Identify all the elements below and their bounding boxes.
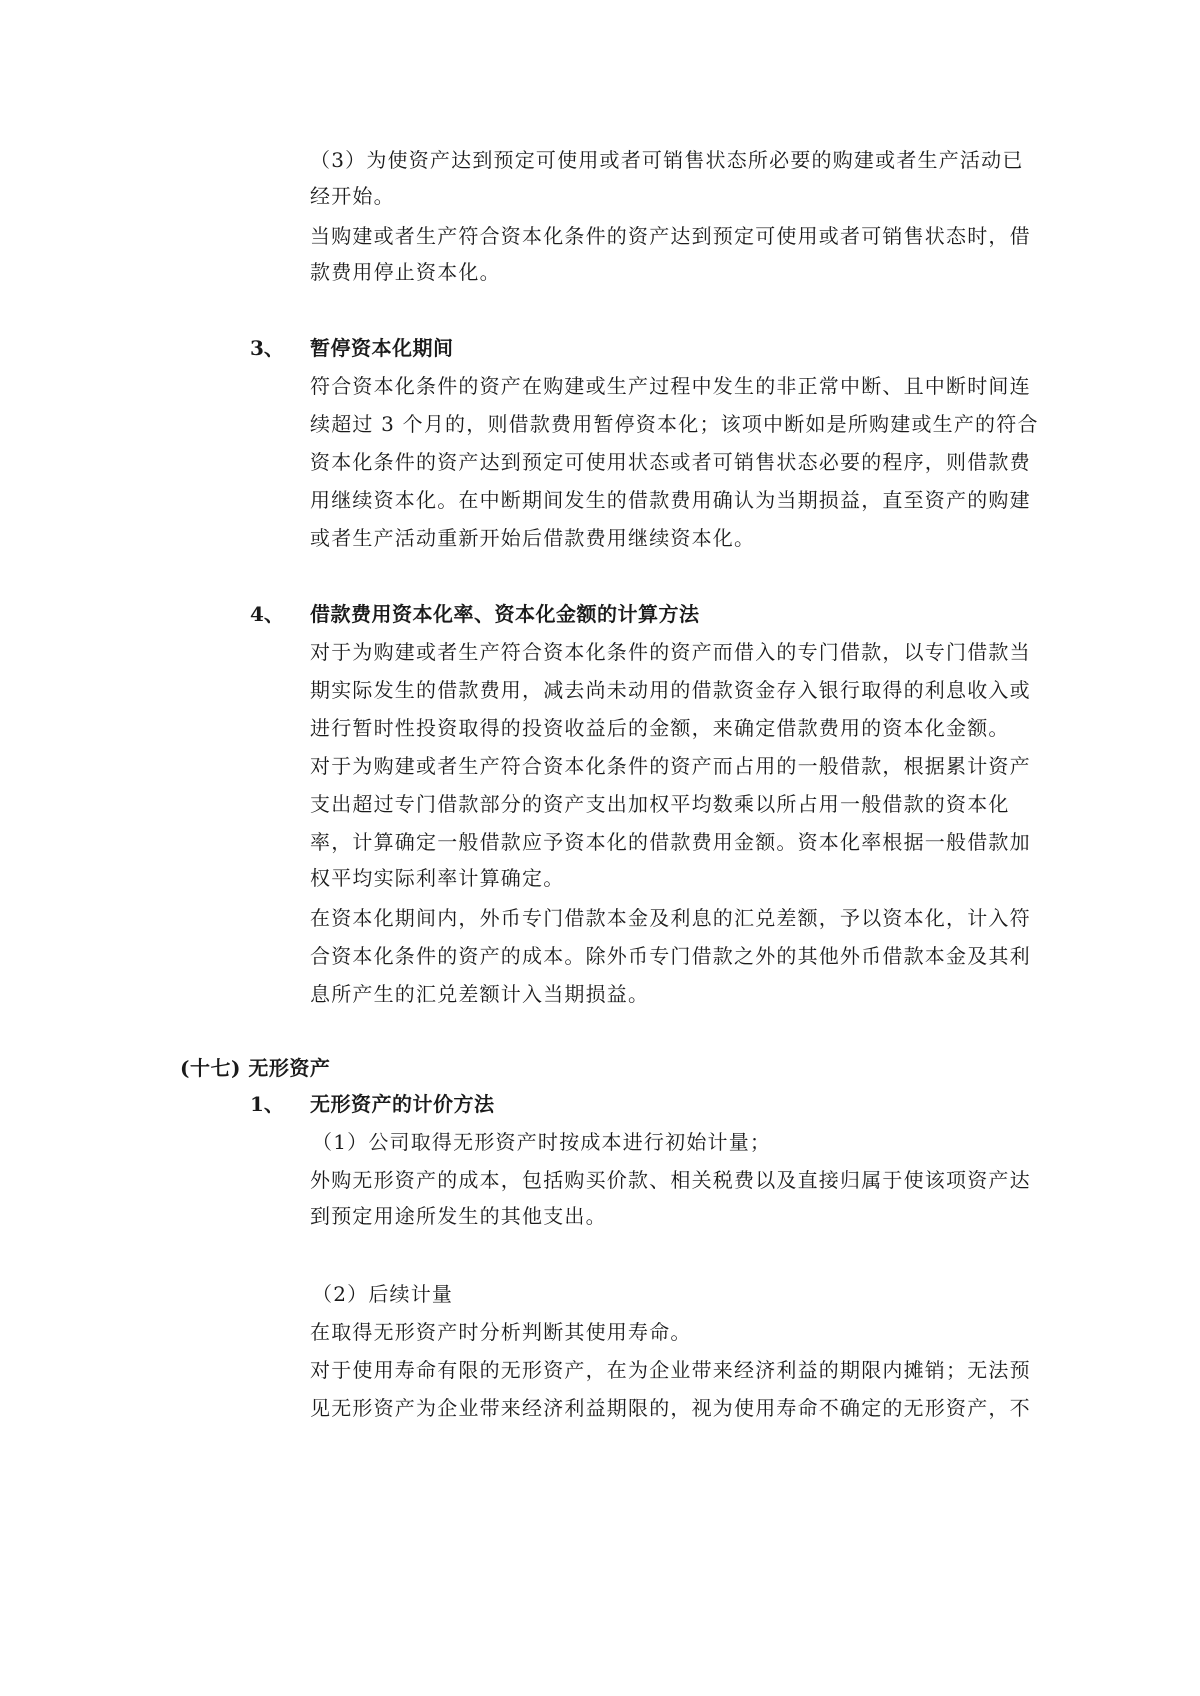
paragraph-line: 支出超过专门借款部分的资产支出加权平均数乘以所占用一般借款的资本化 bbox=[310, 790, 1010, 818]
paragraph-line: 当购建或者生产符合资本化条件的资产达到预定可使用或者可销售状态时，借 bbox=[310, 222, 1031, 250]
paragraph-line: 对于为购建或者生产符合资本化条件的资产而借入的专门借款，以专门借款当 bbox=[310, 638, 1031, 666]
paragraph-line: （3）为使资产达到预定可使用或者可销售状态所必要的购建或者生产活动已 bbox=[310, 146, 1024, 174]
sub-item-title: （2）后续计量 bbox=[312, 1280, 453, 1308]
paragraph-line: 对于为购建或者生产符合资本化条件的资产而占用的一般借款，根据累计资产 bbox=[310, 752, 1031, 780]
chapter-heading: (十七) 无形资产 bbox=[180, 1054, 330, 1082]
section-heading: 无形资产的计价方法 bbox=[310, 1090, 495, 1118]
paragraph-line: 对于使用寿命有限的无形资产，在为企业带来经济利益的期限内摊销；无法预 bbox=[310, 1356, 1031, 1384]
paragraph-line: 进行暂时性投资取得的投资收益后的金额，来确定借款费用的资本化金额。 bbox=[310, 714, 1010, 742]
document-page: （3）为使资产达到预定可使用或者可销售状态所必要的购建或者生产活动已 经开始。 … bbox=[0, 0, 1200, 1696]
paragraph-line: 外购无形资产的成本，包括购买价款、相关税费以及直接归属于使该项资产达 bbox=[310, 1166, 1031, 1194]
paragraph-line: 在取得无形资产时分析判断其使用寿命。 bbox=[310, 1318, 692, 1346]
sub-item-title: （1）公司取得无形资产时按成本进行初始计量； bbox=[312, 1128, 771, 1156]
section-number: 3、 bbox=[250, 334, 284, 362]
paragraph-line: 率，计算确定一般借款应予资本化的借款费用金额。资本化率根据一般借款加 bbox=[310, 828, 1031, 856]
section-number: 1、 bbox=[250, 1090, 284, 1118]
paragraph-line: 在资本化期间内，外币专门借款本金及利息的汇兑差额，予以资本化，计入符 bbox=[310, 904, 1031, 932]
section-number: 4、 bbox=[250, 600, 284, 628]
paragraph-line: 符合资本化条件的资产在购建或生产过程中发生的非正常中断、且中断时间连 bbox=[310, 372, 1031, 400]
paragraph-line: 到预定用途所发生的其他支出。 bbox=[310, 1202, 607, 1230]
paragraph-line: 息所产生的汇兑差额计入当期损益。 bbox=[310, 980, 649, 1008]
section-heading: 暂停资本化期间 bbox=[310, 334, 454, 362]
paragraph-line: 见无形资产为企业带来经济利益期限的，视为使用寿命不确定的无形资产，不 bbox=[310, 1394, 1031, 1422]
paragraph-line: 用继续资本化。在中断期间发生的借款费用确认为当期损益，直至资产的购建 bbox=[310, 486, 1031, 514]
paragraph-line: 权平均实际利率计算确定。 bbox=[310, 864, 564, 892]
paragraph-line: 或者生产活动重新开始后借款费用继续资本化。 bbox=[310, 524, 755, 552]
paragraph-line: 续超过 3 个月的，则借款费用暂停资本化；该项中断如是所购建或生产的符合 bbox=[310, 410, 1039, 438]
paragraph-line: 期实际发生的借款费用，减去尚未动用的借款资金存入银行取得的利息收入或 bbox=[310, 676, 1031, 704]
section-heading: 借款费用资本化率、资本化金额的计算方法 bbox=[310, 600, 700, 628]
paragraph-line: 经开始。 bbox=[310, 182, 395, 210]
paragraph-line: 合资本化条件的资产的成本。除外币专门借款之外的其他外币借款本金及其利 bbox=[310, 942, 1031, 970]
paragraph-line: 资本化条件的资产达到预定可使用状态或者可销售状态必要的程序，则借款费 bbox=[310, 448, 1031, 476]
paragraph-line: 款费用停止资本化。 bbox=[310, 258, 501, 286]
